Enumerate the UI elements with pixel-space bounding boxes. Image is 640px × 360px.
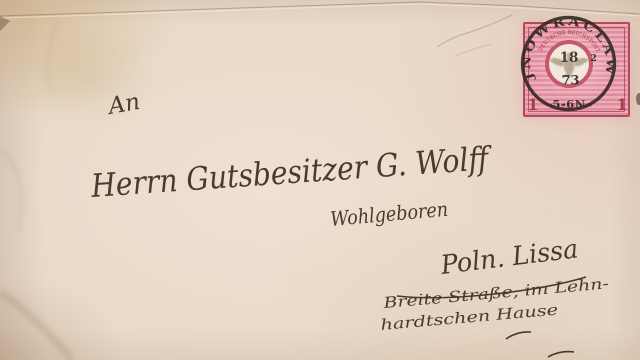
postmark-date-day: 18 <box>560 50 579 66</box>
handwritten-salutation: An <box>105 89 142 120</box>
postmark-time: 5-6N <box>552 97 585 111</box>
postmark: JNOWRACLAW 18 2 73 5-6N <box>519 14 618 111</box>
handwritten-honorific: Wohlgeboren <box>329 197 449 231</box>
handwritten-address: An Herrn Gutsbesitzer G. Wolff Wohlgebor… <box>89 89 609 357</box>
envelope-photo: DEUTSCHE REICHSPOST 1 1 GROSCHEN <box>0 0 640 360</box>
ink-overlay: DEUTSCHE REICHSPOST 1 1 GROSCHEN <box>0 0 640 360</box>
postmark-date-year: 73 <box>561 74 579 89</box>
postmark-date-month: 2 <box>590 53 597 64</box>
ink-flourish-marks <box>506 332 574 357</box>
handwritten-destination: Poln. Lissa <box>438 234 580 281</box>
handwritten-recipient-line: Herrn Gutsbesitzer G. Wolff <box>89 139 494 205</box>
stamp-denomination-right: 1 <box>616 95 627 114</box>
